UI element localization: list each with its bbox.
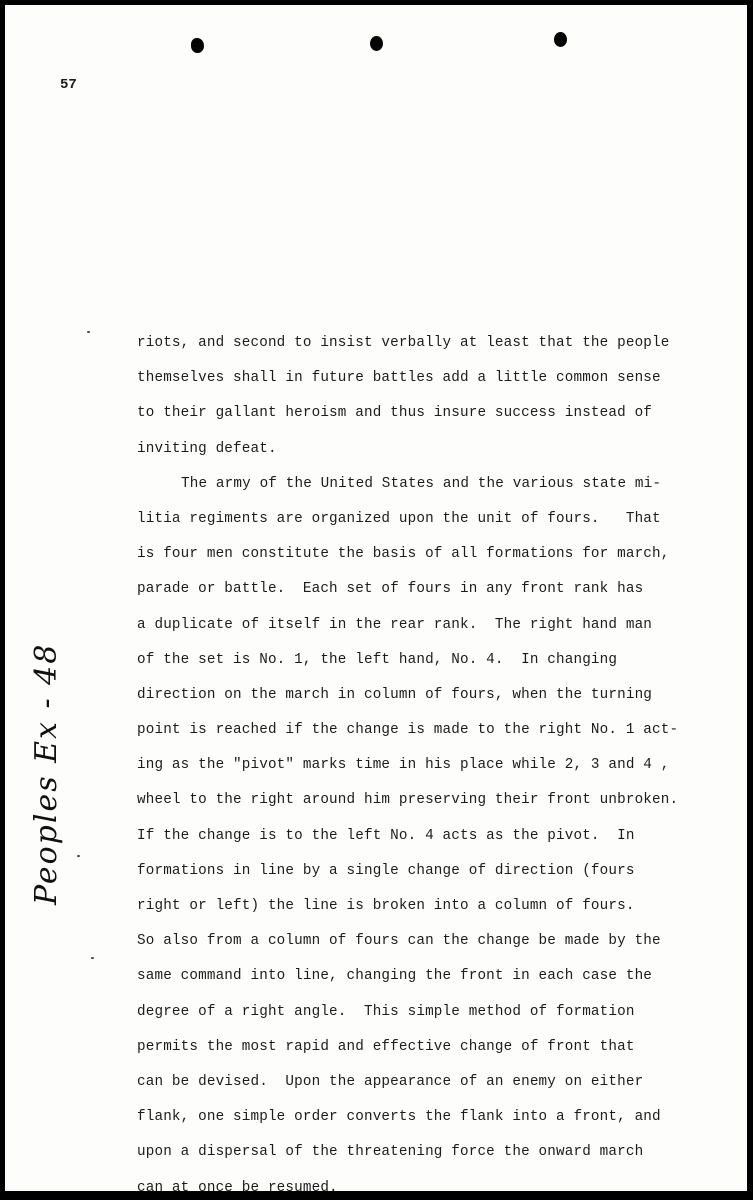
text-line: direction on the march in column of four… (137, 678, 737, 713)
paragraph-start-line: The army of the United States and the va… (137, 467, 737, 502)
text-line: parade or battle. Each set of fours in a… (137, 572, 737, 607)
text-line: riots, and second to insist verbally at … (137, 326, 737, 361)
text-line: point is reached if the change is made t… (137, 713, 737, 748)
text-line: of the set is No. 1, the left hand, No. … (137, 643, 737, 678)
text-line: a duplicate of itself in the rear rank. … (137, 608, 737, 643)
speck-mark (91, 957, 94, 959)
page-number: 57 (60, 77, 77, 93)
text-line: litia regiments are organized upon the u… (137, 502, 737, 537)
punch-hole-icon (191, 38, 204, 53)
speck-mark (77, 855, 80, 857)
text-line: can at once be resumed. (137, 1171, 737, 1192)
document-page: 57 Peoples Ex - 48 riots, and second to … (5, 5, 747, 1191)
text-line: degree of a right angle. This simple met… (137, 995, 737, 1030)
handwritten-exhibit-annotation: Peoples Ex - 48 (29, 643, 64, 905)
text-line: same command into line, changing the fro… (137, 959, 737, 994)
text-line: flank, one simple order converts the fla… (137, 1100, 737, 1135)
text-line: wheel to the right around him preserving… (137, 783, 737, 818)
text-line: So also from a column of fours can the c… (137, 924, 737, 959)
text-line: If the change is to the left No. 4 acts … (137, 819, 737, 854)
text-line: can be devised. Upon the appearance of a… (137, 1065, 737, 1100)
text-line: permits the most rapid and effective cha… (137, 1030, 737, 1065)
text-line: upon a dispersal of the threatening forc… (137, 1135, 737, 1170)
text-line: formations in line by a single change of… (137, 854, 737, 889)
punch-hole-icon (370, 36, 383, 51)
text-line: ing as the "pivot" marks time in his pla… (137, 748, 737, 783)
text-line: right or left) the line is broken into a… (137, 889, 737, 924)
speck-mark (87, 331, 90, 333)
text-line: to their gallant heroism and thus insure… (137, 396, 737, 431)
text-line: is four men constitute the basis of all … (137, 537, 737, 572)
text-line: themselves shall in future battles add a… (137, 361, 737, 396)
punch-hole-icon (554, 32, 567, 47)
text-line: inviting defeat. (137, 432, 737, 467)
typewritten-body: riots, and second to insist verbally at … (137, 326, 737, 1191)
